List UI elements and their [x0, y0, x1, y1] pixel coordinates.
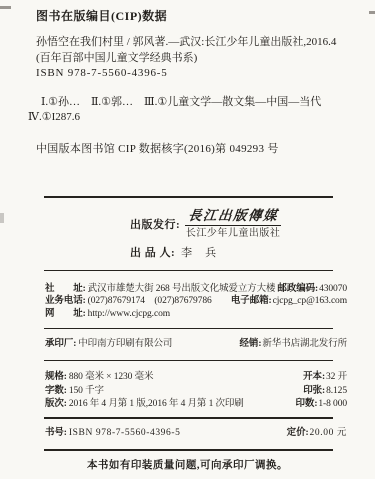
- press-name: 长江少年儿童出版社: [185, 225, 281, 240]
- book-number-section: 书号:ISBN 978-7-5560-4396-5 定价:20.00 元: [45, 427, 347, 440]
- specs-section: 规格:880 毫米 × 1230 毫米 开本:32 开 字数:150 千字 印张…: [45, 371, 347, 412]
- info-row: 书号:ISBN 978-7-5560-4396-5 定价:20.00 元: [45, 427, 347, 440]
- info-row: 规格:880 毫米 × 1230 毫米 开本:32 开: [45, 371, 347, 385]
- scan-artifact: [369, 11, 375, 14]
- field-label: 书号:: [45, 428, 67, 438]
- field-label: 印数:: [296, 399, 318, 409]
- field-label: 版次:: [45, 399, 67, 409]
- publisher-block: 出版发行: 長江出版傳媒 长江少年儿童出版社 出 品 人:李 兵: [130, 208, 375, 260]
- field-value: 32 开: [326, 372, 347, 382]
- field-label: 开本:: [303, 372, 325, 382]
- field-label: 经销:: [240, 339, 262, 349]
- field-value: 新华书店湖北发行所: [262, 339, 347, 349]
- field-value: (027)87679174 (027)87679786: [88, 296, 212, 306]
- field-value: 武汉市雄楚大街 268 号出版文化城爱立方大楼: [88, 284, 276, 294]
- printing-section: 承印厂:中印南方印刷有限公司 经销:新华书店湖北发行所: [45, 338, 347, 350]
- copyright-page: 图书在版编目(CIP)数据 孙悟空在我们村里 / 郭风著.—武汉:长江少年儿童出…: [0, 0, 375, 479]
- divider: [44, 360, 333, 361]
- issue-label: 出版发行:: [130, 216, 180, 232]
- info-row: 承印厂:中印南方印刷有限公司 经销:新华书店湖北发行所: [45, 338, 347, 350]
- field-value: cjcpg_cp@163.com: [273, 296, 347, 306]
- field-label: 定价:: [287, 428, 309, 438]
- field-value: 430070: [319, 284, 347, 294]
- cip-registry-line: 中国版本图书馆 CIP 数据核字(2016)第 049293 号: [36, 142, 361, 157]
- producer-row: 出 品 人:李 兵: [130, 247, 375, 260]
- field-label: 社 址:: [45, 284, 86, 294]
- producer-label: 出 品 人:: [130, 247, 175, 259]
- info-row: 字数:150 千字 印张:8.125: [45, 385, 347, 399]
- quality-notice: 本书如有印装质量问题,可向承印厂调换。: [0, 459, 375, 473]
- publisher-logo: 長江出版傳媒 长江少年儿童出版社: [185, 208, 281, 240]
- field-value: 150 千字: [69, 386, 104, 396]
- cip-isbn-line: ISBN 978-7-5560-4396-5: [36, 66, 361, 82]
- divider: [44, 196, 333, 198]
- info-row: 业务电话:(027)87679174 (027)87679786 电子邮箱:cj…: [45, 295, 347, 308]
- field-label: 电子邮箱:: [231, 296, 272, 306]
- divider: [44, 328, 333, 329]
- field-label: 承印厂:: [45, 339, 76, 349]
- field-value: 中印南方印刷有限公司: [78, 339, 172, 349]
- field-label: 业务电话:: [45, 296, 86, 306]
- publisher-group-logo: 長江出版傳媒: [184, 208, 282, 225]
- scan-artifact: [0, 213, 4, 223]
- cip-class-line: Ⅳ.①I287.6: [28, 110, 361, 125]
- divider: [44, 270, 333, 271]
- field-label: 网 址:: [45, 309, 86, 319]
- field-value: 20.00 元: [310, 428, 347, 438]
- cip-block: 图书在版编目(CIP)数据 孙悟空在我们村里 / 郭风著.—武汉:长江少年儿童出…: [36, 9, 361, 157]
- field-value: ISBN 978-7-5560-4396-5: [69, 428, 181, 438]
- cip-series-line: (百年百部中国儿童文学经典书系): [36, 51, 361, 67]
- scan-artifact: [0, 6, 11, 9]
- field-value: 880 毫米 × 1230 毫米: [69, 372, 154, 382]
- info-row: 版次:2016 年 4 月第 1 版,2016 年 4 月第 1 次印刷 印数:…: [45, 398, 347, 412]
- field-value: http://www.cjcpg.com: [88, 309, 170, 319]
- field-label: 印张:: [303, 386, 325, 396]
- info-row: 网 址:http://www.cjcpg.com: [45, 308, 347, 321]
- cip-heading: 图书在版编目(CIP)数据: [36, 9, 361, 23]
- field-value: 8.125: [326, 386, 347, 396]
- contact-section: 社 址:武汉市雄楚大街 268 号出版文化城爱立方大楼 邮政编码:430070 …: [45, 283, 347, 321]
- cip-class-line: Ⅰ.①孙… Ⅱ.①郭… Ⅲ.①儿童文学—散文集—中国—当代: [36, 95, 361, 110]
- producer-name: 李 兵: [181, 247, 217, 259]
- divider: [44, 417, 333, 419]
- cip-record: 孙悟空在我们村里 / 郭风著.—武汉:长江少年儿童出版社,2016.4 (百年百…: [36, 35, 361, 82]
- field-label: 规格:: [45, 372, 67, 382]
- field-label: 字数:: [45, 386, 67, 396]
- publisher-row: 出版发行: 長江出版傳媒 长江少年儿童出版社: [130, 208, 375, 240]
- field-label: 邮政编码:: [277, 284, 318, 294]
- field-value: 1-8 000: [318, 399, 347, 409]
- field-value: 2016 年 4 月第 1 版,2016 年 4 月第 1 次印刷: [69, 399, 244, 409]
- info-row: 社 址:武汉市雄楚大街 268 号出版文化城爱立方大楼 邮政编码:430070: [45, 283, 347, 296]
- cip-record-line: 孙悟空在我们村里 / 郭风著.—武汉:长江少年儿童出版社,2016.4: [36, 35, 361, 51]
- cip-classification: Ⅰ.①孙… Ⅱ.①郭… Ⅲ.①儿童文学—散文集—中国—当代 Ⅳ.①I287.6: [36, 95, 361, 125]
- divider: [44, 449, 333, 451]
